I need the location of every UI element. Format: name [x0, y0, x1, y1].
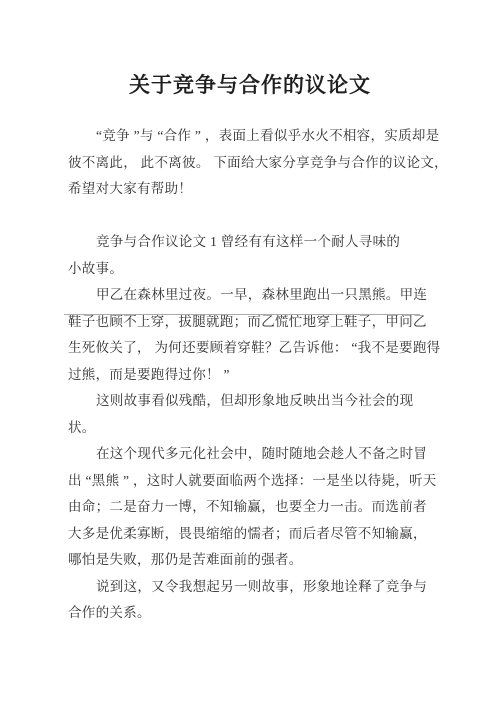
text-line: 状。 — [68, 415, 432, 442]
text-line: 大多是优柔寡断，畏畏缩缩的懦者；而后者尽管不知输赢， — [68, 521, 432, 548]
text-line — [68, 203, 432, 230]
text-line: “竞争 ”与 “合作 ” ，表面上看似乎水火不相容，实质却是 — [68, 123, 432, 150]
document-page: 关于竞争与合作的议论文 “竞争 ”与 “合作 ” ，表面上看似乎水火不相容，实质… — [0, 0, 500, 708]
text-line: 小故事。 — [68, 256, 432, 283]
text-line: 竞争与合作议论文 1 曾经有有这样一个耐人寻味的 — [68, 229, 432, 256]
document-title: 关于竞争与合作的议论文 — [0, 68, 500, 102]
document-body: “竞争 ”与 “合作 ” ，表面上看似乎水火不相容，实质却是彼不离此， 此不离彼… — [68, 123, 432, 627]
text-line: 由命；二是奋力一博，不知输赢，也要全力一击。而选前者 — [68, 494, 432, 521]
text-line: 在这个现代多元化社会中，随时随地会趁人不备之时冒 — [68, 441, 432, 468]
text-line: 彼不离此， 此不离彼。 下面给大家分享竞争与合作的议论文， — [68, 150, 432, 177]
text-line: 过熊，而是要跑得过你！ ” — [68, 362, 432, 389]
text-line: 生死攸关了， 为何还要顾着穿鞋？乙告诉他： “我不是要跑得 — [68, 335, 432, 362]
text-line: 鞋子也顾不上穿，拔腿就跑；而乙慌忙地穿上鞋子，甲问乙 — [68, 309, 432, 336]
text-line: 甲乙在森林里过夜。一早，森林里跑出一只黑熊。甲连 — [68, 282, 432, 309]
text-line: 希望对大家有帮助！ — [68, 176, 432, 203]
text-line: 出 “黑熊 ” ，这时人就要面临两个选择：一是坐以待毙，听天 — [68, 468, 432, 495]
text-line: 这则故事看似残酷，但却形象地反映出当今社会的现 — [68, 388, 432, 415]
text-line: 说到这，又令我想起另一则故事，形象地诠释了竞争与 — [68, 574, 432, 601]
text-line: 哪怕是失败，那仍是苦难面前的强者。 — [68, 547, 432, 574]
horizontal-divider — [64, 314, 420, 315]
text-line: 合作的关系。 — [68, 600, 432, 627]
